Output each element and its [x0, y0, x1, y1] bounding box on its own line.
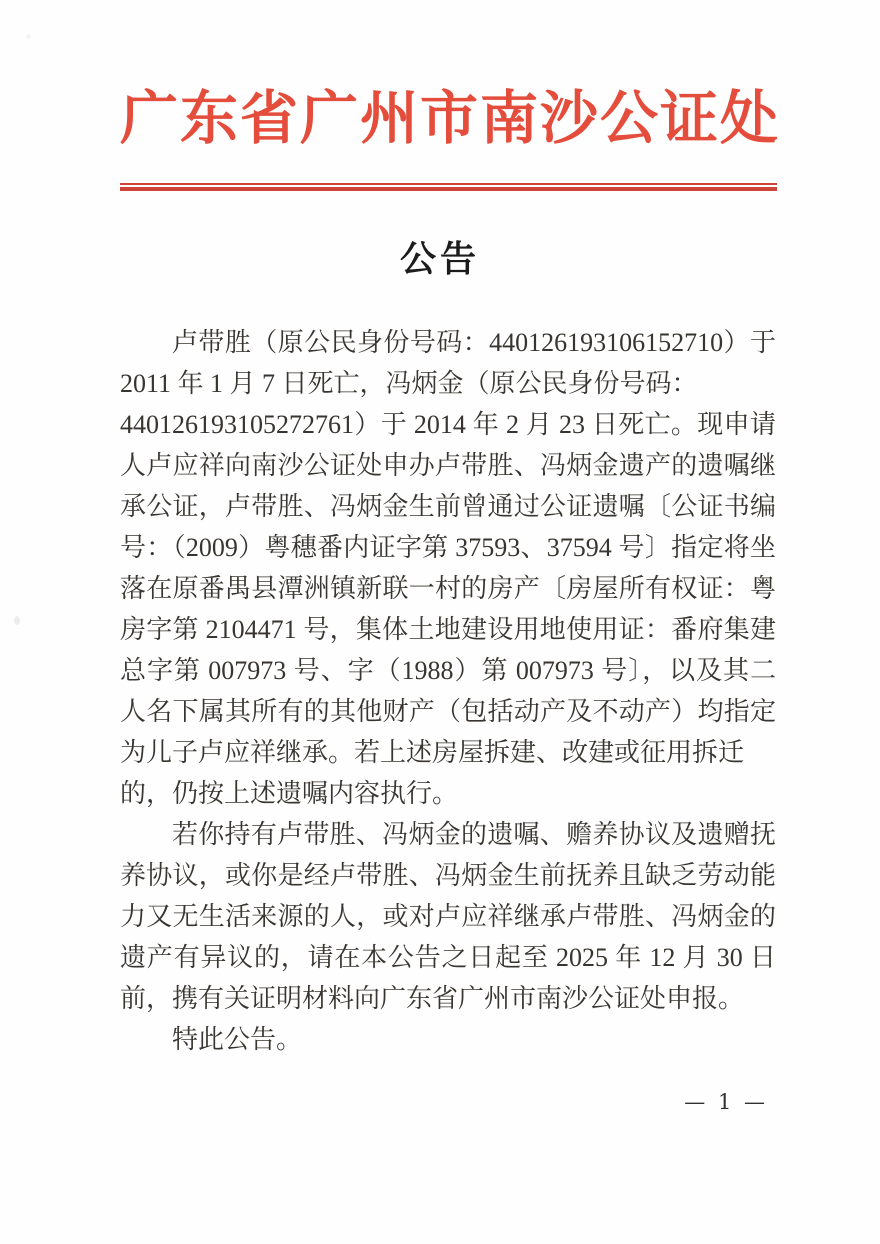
- letterhead-title: 广东省广州市南沙公证处: [10, 0, 880, 153]
- notice-title: 公告: [0, 231, 880, 282]
- notice-body: 卢带胜（原公民身份号码：440126193106152710）于2011 年 1…: [120, 322, 776, 1060]
- text-line: 承公证，卢带胜、冯炳金生前曾通过公证遗嘱〔公证书编: [120, 486, 776, 527]
- text-line: 为儿子卢应祥继承。若上述房屋拆建、改建或征用拆迁: [120, 732, 776, 773]
- text-line: 落在原番禺县潭洲镇新联一村的房产〔房屋所有权证：粤: [120, 568, 776, 609]
- text-line: 房字第 2104471 号，集体土地建设用地使用证：番府集建: [120, 609, 776, 650]
- text-line: 前，携有关证明材料向广东省广州市南沙公证处申报。: [120, 978, 776, 1019]
- text-line: 卢带胜（原公民身份号码：440126193106152710）于: [120, 322, 776, 363]
- text-line: 的，仍按上述遗嘱内容执行。: [120, 773, 776, 814]
- text-line: 养协议，或你是经卢带胜、冯炳金生前抚养且缺乏劳动能: [120, 855, 776, 896]
- text-line: 2011 年 1 月 7 日死亡，冯炳金（原公民身份号码：: [120, 363, 776, 404]
- text-line: 力又无生活来源的人，或对卢应祥继承卢带胜、冯炳金的: [120, 896, 776, 937]
- scan-artifact: [14, 616, 20, 625]
- text-line: 总字第 007973 号、字（1988）第 007973 号〕，以及其二: [120, 650, 776, 691]
- text-line: 440126193105272761）于 2014 年 2 月 23 日死亡。现…: [120, 404, 776, 445]
- text-line: 人名下属其所有的其他财产（包括动产及不动产）均指定: [120, 691, 776, 732]
- text-line: 号：（2009）粤穗番内证字第 37593、37594 号〕指定将坐: [120, 527, 776, 568]
- page-number: — 1 —: [0, 1090, 880, 1114]
- text-line: 人卢应祥向南沙公证处申办卢带胜、冯炳金遗产的遗嘱继: [120, 445, 776, 486]
- text-line: 若你持有卢带胜、冯炳金的遗嘱、赡养协议及遗赠抚: [120, 814, 776, 855]
- letterhead-rule: [120, 183, 777, 191]
- document-page: 广东省广州市南沙公证处 公告 卢带胜（原公民身份号码：4401261931061…: [0, 0, 880, 1244]
- text-line: 遗产有异议的，请在本公告之日起至 2025 年 12 月 30 日: [120, 937, 776, 978]
- text-line: 特此公告。: [120, 1019, 776, 1060]
